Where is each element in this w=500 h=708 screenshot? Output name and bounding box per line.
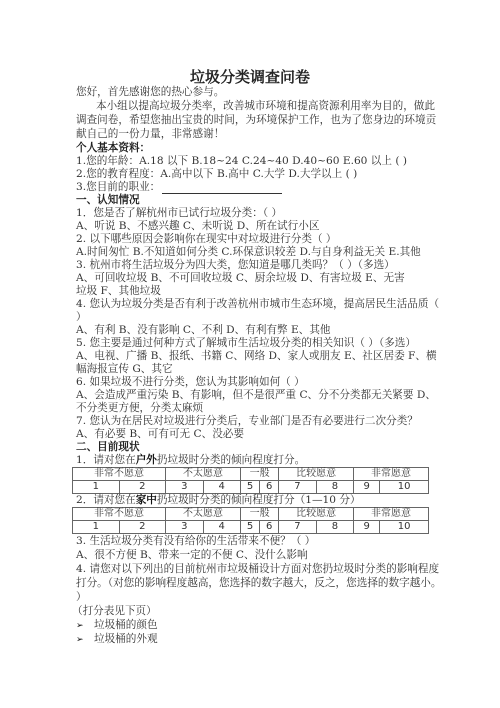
- scale-label: 比较愿意: [279, 468, 354, 481]
- scale-label: 比较愿意: [279, 508, 354, 521]
- option-line[interactable]: A.时间匆忙 B.不知道如何分类 C.环保意识较差 D.与自身利益无关 E.其他: [76, 246, 421, 259]
- option-line[interactable]: 不分类更方便，分类太麻烦: [76, 402, 203, 415]
- option-line[interactable]: 幅海报宣传 G、其它: [76, 363, 173, 376]
- score-cell[interactable]: 7: [279, 481, 316, 494]
- scale-label: 非常不愿意: [73, 508, 166, 521]
- personal-info-heading: 个人基本资料：: [76, 142, 150, 155]
- score-cell[interactable]: 1: [73, 481, 120, 494]
- question-line: 2. 以下哪些原因会影响你在现实中对垃圾进行分类（ ）: [76, 233, 337, 246]
- age-question[interactable]: 1.您的年龄：A.18 以下 B.18~24 C.24~40 D.40~60 E…: [76, 155, 407, 168]
- question-line: 5. 您主要是通过何种方式了解城市生活垃圾分类的相关知识（ ）（多选）: [76, 337, 416, 350]
- occupation-label: 3.您目前的职业：: [76, 181, 160, 193]
- score-cell[interactable]: 3: [166, 521, 203, 534]
- home-question: 2．请对您在家中扔垃圾时分类的倾向程度打分（1—10 分）: [76, 494, 361, 507]
- score-cell[interactable]: 3: [166, 481, 203, 494]
- greeting: 您好，首先感谢您的热心参与。: [76, 86, 224, 99]
- outdoor-question: 1．请对您在户外扔垃圾时分类的倾向程度打分。: [76, 454, 305, 467]
- scale-label: 一般: [240, 468, 278, 481]
- scale-label: 不太愿意: [166, 508, 241, 521]
- scale-label: 不太愿意: [166, 468, 241, 481]
- see-next-page-note: （打分表见下页）: [72, 605, 157, 618]
- section-heading-current-status: 二、目前现状: [76, 441, 140, 454]
- option-line[interactable]: A、有利 B、没有影响 C、不利 D、有利有弊 E、其他: [76, 324, 331, 337]
- score-cell[interactable]: 10: [380, 481, 429, 494]
- score-cell[interactable]: 5: [240, 481, 259, 494]
- question-line: 3. 杭州市将生活垃圾分为四大类，您知道是哪几类吗？（ ）（多选）: [76, 259, 395, 272]
- score-cell[interactable]: 10: [380, 521, 429, 534]
- option-line[interactable]: 垃圾 F、其他垃圾: [76, 285, 161, 298]
- option-line[interactable]: A、会造成严重污染 B、有影响，但不是很严重 C、分不分类都无关紧要 D、: [76, 389, 436, 402]
- question-line: 打分。（对您的影响程度越高，您选择的数字越大，反之，您选择的数字越小。: [76, 577, 441, 590]
- question-line: 7. 您认为在居民对垃圾进行分类后，专业部门是否有必要进行二次分类？: [76, 415, 418, 428]
- option-line[interactable]: A、可回收垃圾 B、不可回收垃圾 C、厨余垃圾 D、有害垃圾 E、无害: [76, 272, 405, 285]
- bullet-item: ➢垃圾桶的颜色: [76, 619, 158, 633]
- score-cell[interactable]: 8: [316, 481, 353, 494]
- page-title: 垃圾分类调查问卷: [0, 66, 500, 87]
- score-cell[interactable]: 1: [73, 521, 120, 534]
- scale-label: 非常不愿意: [73, 468, 166, 481]
- score-cell[interactable]: 9: [354, 521, 380, 534]
- home-score-table: 非常不愿意 不太愿意 一般 比较愿意 非常愿意 1 2 3 4 5 6 7 8 …: [72, 507, 429, 534]
- score-cell[interactable]: 6: [260, 521, 279, 534]
- score-cell[interactable]: 5: [240, 521, 259, 534]
- section-heading-awareness: 一、认知情况: [76, 194, 140, 207]
- score-cell[interactable]: 8: [316, 521, 353, 534]
- scale-label: 非常愿意: [354, 468, 429, 481]
- score-cell[interactable]: 4: [203, 521, 240, 534]
- education-question[interactable]: 2.您的教育程度：A.高中以下 B.高中 C.大学 D.大学以上 ( ): [76, 168, 357, 181]
- arrow-bullet-icon: ➢: [76, 634, 94, 647]
- intro-line: 本小组以提高垃圾分类率，改善城市环境和提高资源利用率为目的，做此: [96, 100, 435, 113]
- bullet-item: ➢垃圾桶的外观: [76, 633, 158, 647]
- outdoor-score-table: 非常不愿意 不太愿意 一般 比较愿意 非常愿意 1 2 3 4 5 6 7 8 …: [72, 467, 429, 494]
- question-line: 3. 生活垃圾分类有没有给你的生活带来不便？（ ）: [76, 535, 315, 548]
- score-cell[interactable]: 4: [203, 481, 240, 494]
- question-line: ）: [76, 311, 87, 324]
- option-line[interactable]: A、很不方便 B、带来一定的不便 C、没什么影响: [76, 549, 308, 562]
- scale-label: 非常愿意: [354, 508, 429, 521]
- option-line[interactable]: A、听说 B、不感兴趣 C、未听说 D、所在试行小区: [76, 220, 319, 233]
- score-cell[interactable]: 9: [354, 481, 380, 494]
- scale-label: 一般: [240, 508, 278, 521]
- option-line[interactable]: A、电视、广播 B、报纸、书籍 C、网络 D、家人或朋友 E、社区居委 F、横: [76, 350, 437, 363]
- occupation-field[interactable]: [162, 183, 282, 194]
- score-cell[interactable]: 6: [260, 481, 279, 494]
- question-line: 6. 如果垃圾不进行分类，您认为其影响如何（ ）: [76, 376, 305, 389]
- questionnaire-page: 垃圾分类调查问卷 您好，首先感谢您的热心参与。 本小组以提高垃圾分类率，改善城市…: [0, 0, 500, 708]
- score-cell[interactable]: 2: [119, 481, 166, 494]
- question-line: 1．您是否了解杭州市已试行垃圾分类：（ ）: [76, 207, 282, 220]
- option-line[interactable]: A、有必要 B、可有可无 C、没必要: [76, 428, 244, 441]
- score-cell[interactable]: 7: [279, 521, 316, 534]
- question-line: 4. 请您对以下列出的目前杭州市垃圾桶设计方面对您扔垃圾时分类的影响程度: [76, 563, 439, 576]
- intro-line: 献自己的一份力量，非常感谢！: [76, 128, 224, 141]
- score-cell[interactable]: 2: [119, 521, 166, 534]
- arrow-bullet-icon: ➢: [76, 620, 94, 633]
- question-line: ）: [76, 591, 87, 604]
- question-line: 4. 您认为垃圾分类是否有利于改善杭州市城市生态环境，提高居民生活品质（: [76, 298, 439, 311]
- occupation-question: 3.您目前的职业：: [76, 181, 282, 194]
- intro-line: 调查问卷，希望您抽出宝贵的时间，为环境保护工作，也为了您身边的环境贡: [76, 114, 436, 127]
